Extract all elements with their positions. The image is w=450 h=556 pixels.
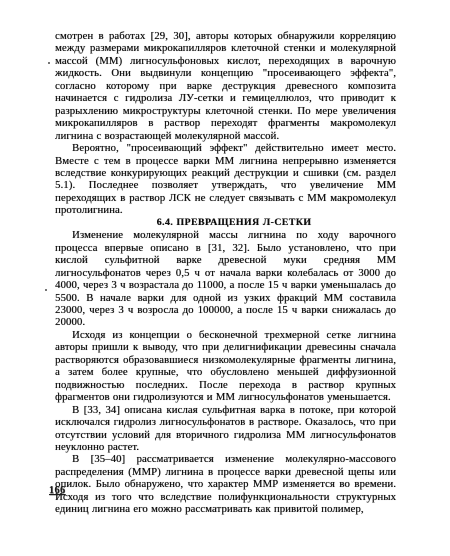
scanned-book-page: смотрен в работах [29, 30], авторы котор… [0, 0, 450, 556]
paragraph: В [33, 34] описана кислая сульфитная вар… [55, 404, 396, 454]
paragraph: В [35–40] рассматривается изменение моле… [55, 453, 396, 515]
paragraph-continuation: смотрен в работах [29, 30], авторы котор… [55, 30, 396, 142]
scan-speck [45, 289, 47, 291]
scan-speck [48, 62, 50, 64]
paragraph: Исходя из концепции о бесконечной трехме… [55, 329, 396, 404]
page-number: 166 [49, 485, 66, 496]
text-block: смотрен в работах [29, 30], авторы котор… [55, 30, 396, 516]
section-heading: 6.4. ПРЕВРАЩЕНИЯ Л-СЕТКИ [55, 217, 396, 229]
paragraph: Изменение молекулярной массы лигнина по … [55, 229, 396, 329]
paragraph: Вероятно, "просеивающий эффект" действит… [55, 142, 396, 217]
